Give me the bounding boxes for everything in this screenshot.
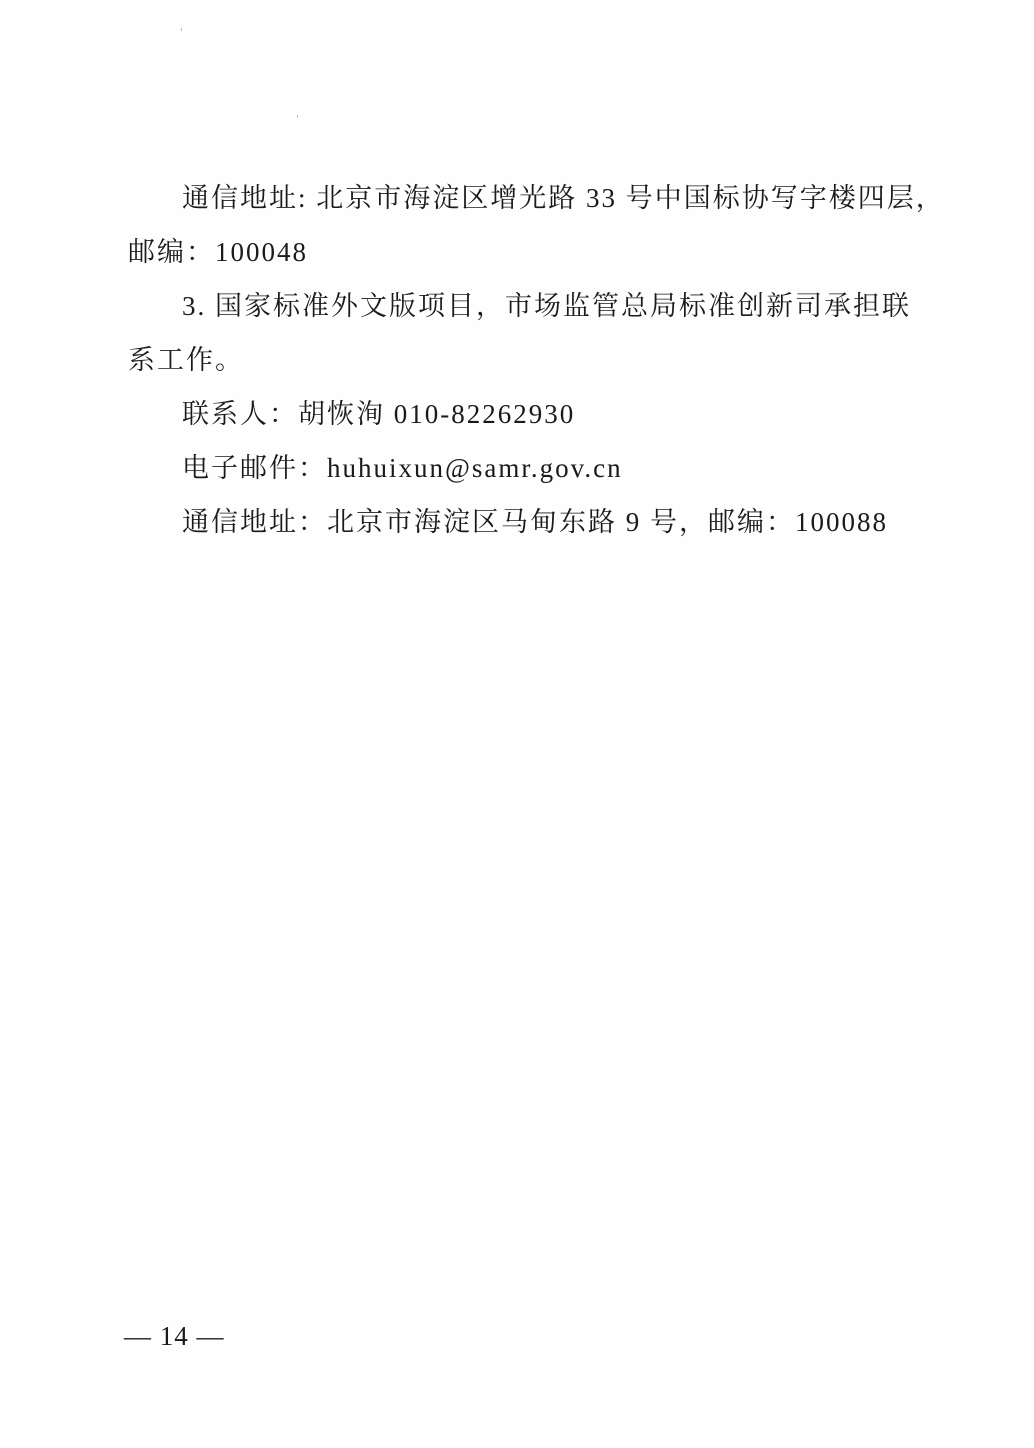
contact-email: 电子邮件：huhuixun@samr.gov.cn	[182, 450, 623, 486]
postcode-line-1: 邮编：100048	[128, 234, 308, 270]
scan-speck	[181, 28, 182, 31]
address-line-1: 通信地址: 北京市海淀区增光路 33 号中国标协写字楼四层，	[182, 180, 945, 216]
contact-person: 联系人：胡恢洵 010-82262930	[182, 396, 575, 432]
scan-speck	[297, 115, 298, 118]
document-page: 通信地址: 北京市海淀区增光路 33 号中国标协写字楼四层， 邮编：100048…	[0, 0, 1034, 1448]
page-number: — 14 —	[124, 1320, 225, 1352]
contact-address: 通信地址：北京市海淀区马甸东路 9 号，邮编：100088	[182, 504, 888, 540]
item-3-line-2: 系工作。	[128, 342, 244, 378]
item-3-line-1: 3. 国家标准外文版项目，市场监管总局标准创新司承担联	[182, 288, 911, 324]
